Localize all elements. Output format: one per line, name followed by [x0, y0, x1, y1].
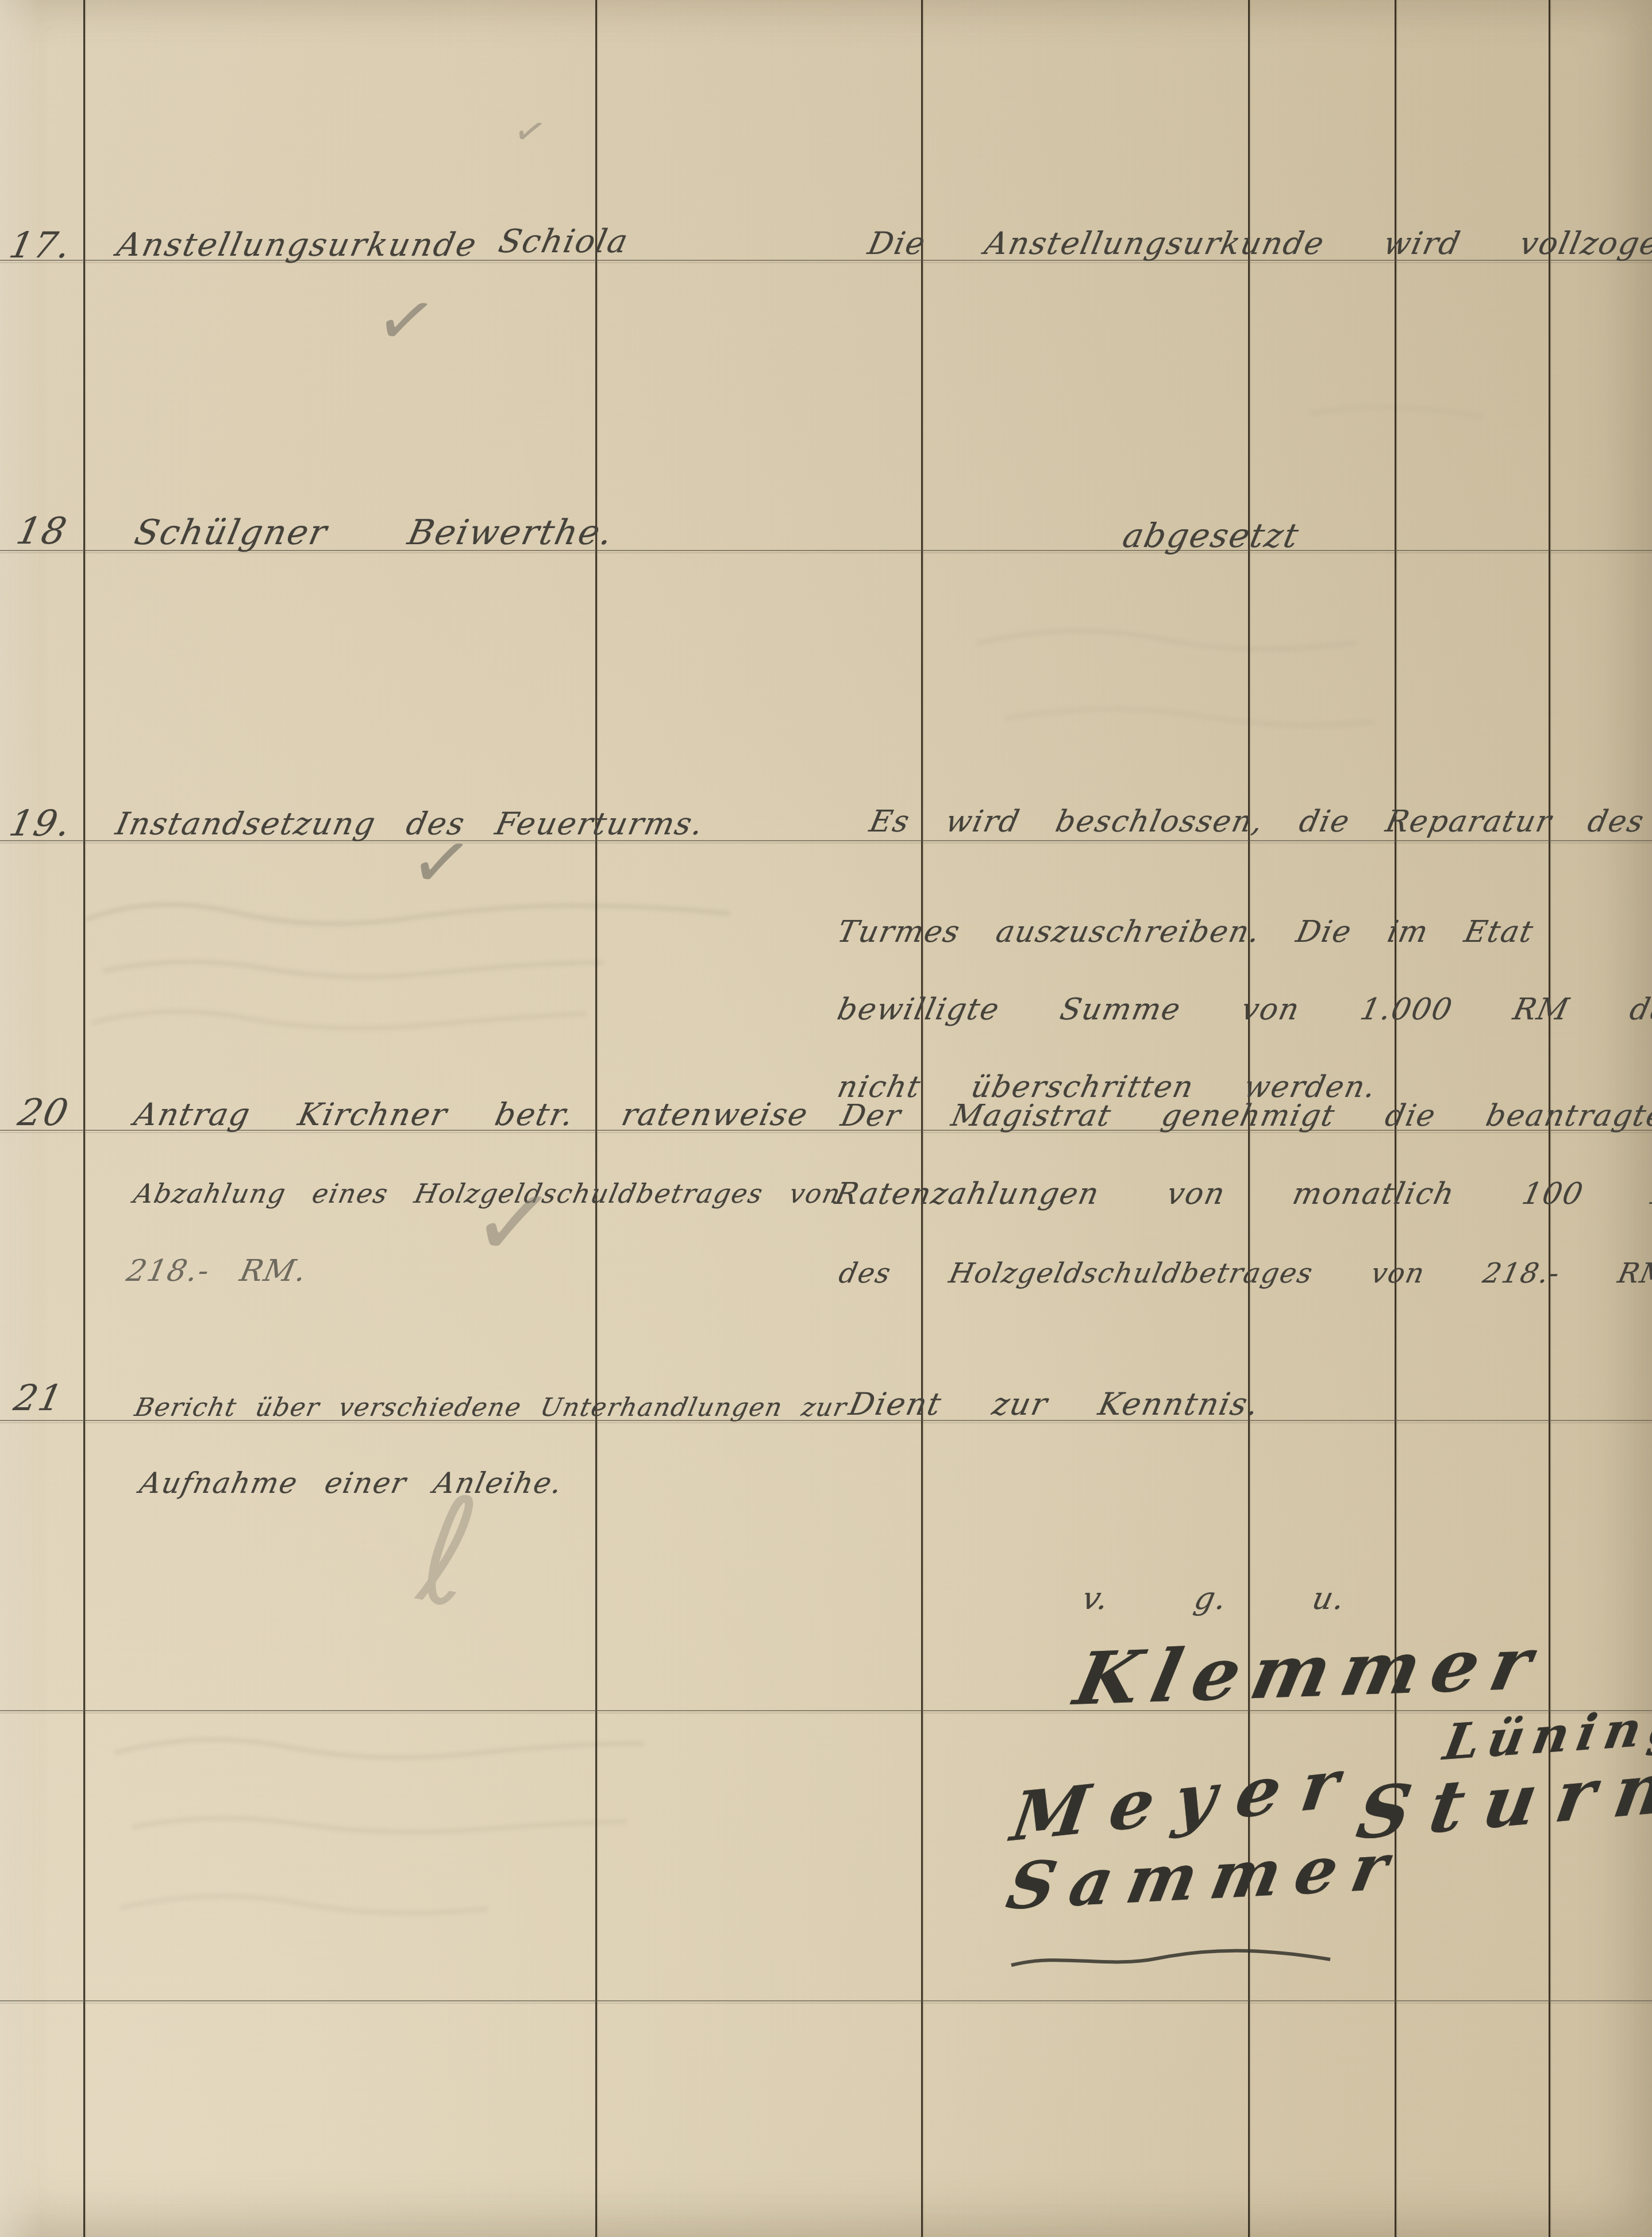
entry-17-resolution: Die Anstellungsurkunde wird vollzogen.: [865, 225, 1652, 261]
entry-19-resolution-line3: bewilligte Summe von 1.000 RM darf: [834, 992, 1652, 1027]
entry-20-subject-line3: 218.- RM.: [124, 1254, 310, 1288]
entry-18-number: 18: [13, 510, 71, 553]
entry-17-subject: Anstellungsurkunde: [114, 226, 481, 264]
row-rule-6: [0, 1710, 1652, 1711]
entry-20-subject-line1: Antrag Kirchner betr. ratenweise: [131, 1096, 812, 1133]
entry-21-subject-line1: Bericht über verschiedene Unterhandlunge…: [132, 1393, 850, 1422]
entry-19-number: 19.: [6, 802, 76, 844]
entry-17-subject-name: Schiola: [495, 223, 632, 260]
document-page: 17. 18 19. 20 21 Anstellungsurkunde Schi…: [0, 0, 1652, 2237]
entry-21-resolution: Dient zur Kenntnis.: [846, 1386, 1263, 1422]
entry-20-resolution-line1: Der Magistrat genehmigt die beantragten: [838, 1099, 1652, 1133]
entry-18-subject: Schülgner Beiwerthe.: [131, 513, 617, 553]
entry-20-resolution-line2: Ratenzahlungen von monatlich 100 RM: [832, 1177, 1652, 1211]
entry-18-resolution: abgesetzt: [1119, 516, 1303, 555]
entry-20-number: 20: [14, 1092, 73, 1134]
attestation-vgu: v. g. u.: [1079, 1580, 1349, 1616]
entry-21-number: 21: [10, 1377, 67, 1419]
entry-21-subject-line2: Aufnahme einer Anleihe.: [137, 1466, 566, 1500]
entry-20-resolution-line3: des Holzgeldschuldbetrages von 218.- RM.: [836, 1257, 1652, 1289]
pencil-check-entry-19: ✓: [405, 815, 479, 910]
row-rule-7: [0, 2000, 1652, 2001]
signature-klemmer: Klemmer: [1068, 1620, 1552, 1722]
pencil-check-entry-20: ✓: [466, 1161, 562, 1285]
entry-17-number: 17.: [6, 224, 76, 266]
column-rule-1: [83, 0, 85, 2237]
entry-19-resolution-line2: Turmes auszuschreiben. Die im Etat: [834, 915, 1537, 949]
entry-19-resolution-line1: Es wird beschlossen, die Reparatur des: [867, 804, 1648, 839]
entry-19-subject: Instandsetzung des Feuerturms.: [113, 806, 707, 842]
signature-flourish: [1008, 1942, 1342, 1977]
